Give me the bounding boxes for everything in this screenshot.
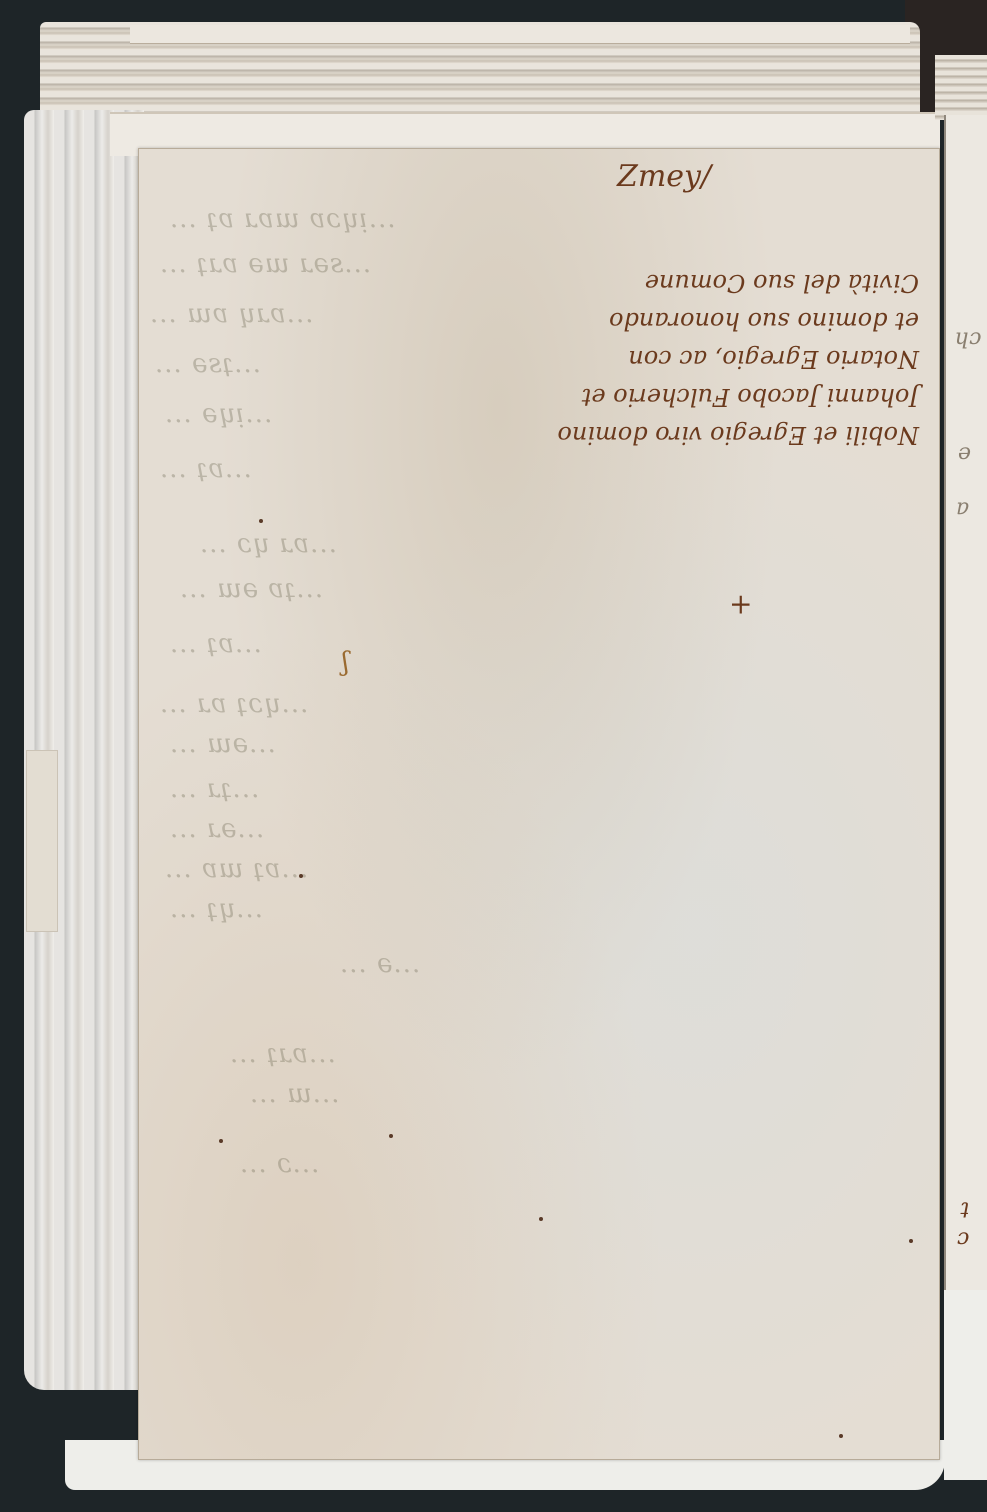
bleed-through-line: ...ǝɯ ...: [169, 729, 276, 759]
adjacent-ink-mark: ɔ: [957, 1225, 969, 1250]
cross-mark: +: [729, 589, 752, 622]
bleed-through-signature: ...ɔ ...: [239, 1149, 319, 1179]
foxing-spot: [839, 1434, 843, 1438]
bleed-through-line: ...ɥʇ ...: [169, 894, 263, 924]
bleed-through-line: ...ɐɹ ɥɔ ...: [199, 529, 337, 559]
bleed-through-line: ...ʇsǝ ...: [154, 349, 261, 379]
manuscript-leaf: ...ᴉɥɔɐ ɯɐɹ ɐʇ ... ...sǝɹ ɯǝ ɐɹʇ ... ...…: [138, 148, 940, 1460]
bleed-through-signature: ...ɐɹʇ ...: [229, 1039, 336, 1069]
docket-note: Zmey/: [617, 159, 711, 194]
bleed-through-line: ...ʇɐ ǝɯ ...: [179, 574, 323, 604]
adjacent-ink-mark: ɥɔ: [955, 325, 982, 350]
address-line: Cività del suo Comune: [559, 264, 919, 302]
address-line: et domino suo honorando: [559, 302, 919, 340]
foxing-spot: [299, 874, 303, 878]
paper-tab: [26, 750, 58, 932]
bleed-through-line: ...ɥɔʇ ɐɹ ...: [159, 689, 308, 719]
address-block: Nobili et Egregio viro domino Johanni Ja…: [559, 264, 919, 454]
bleed-through-signature: ...ɯ ...: [249, 1079, 340, 1109]
adjacent-page: [944, 115, 987, 1455]
bleed-through-line: ...ɐɹɥ ɐɯ ...: [149, 299, 314, 329]
adjacent-page-stack: [935, 55, 987, 120]
address-line: Nobili et Egregio viro domino: [559, 416, 919, 454]
bleed-through-line: ...ǝɹ ...: [169, 814, 264, 844]
adjacent-ink-mark: ʇ: [960, 1195, 969, 1220]
address-line: Notario Egregio, ac con: [559, 340, 919, 378]
adjacent-ink-mark: ɐ: [956, 495, 969, 520]
adjacent-page-lower: [944, 1290, 987, 1480]
bleed-through-line: ...ᴉɥǝ ...: [164, 399, 272, 429]
bleed-through-line: ...ɐʇ ...: [169, 629, 262, 659]
foxing-spot: [389, 1134, 393, 1138]
bleed-through-line: ...ʇɹ ...: [169, 774, 259, 804]
bleed-through-line: ...ɐʇ ...: [159, 454, 252, 484]
adjacent-ink-mark: ǝ: [958, 440, 971, 465]
bleed-through-line: ...ᴉɥɔɐ ɯɐɹ ɐʇ ...: [169, 204, 396, 234]
foxing-spot: [539, 1217, 543, 1221]
foxing-spot: [219, 1139, 223, 1143]
page-stack-inner-edge: [130, 25, 910, 44]
bleed-through-line: ...ǝ ...: [339, 949, 420, 979]
foxing-spot: [909, 1239, 913, 1243]
ink-blot: ʃ: [342, 647, 349, 677]
foxing-spot: [259, 519, 263, 523]
bleed-through-line: ...sǝɹ ɯǝ ɐɹʇ ...: [159, 249, 371, 279]
bleed-through-line: ...ɐʇ ɯɐ ...: [164, 854, 308, 884]
address-line: Johanni Jacobo Fulcherio et: [559, 378, 919, 416]
